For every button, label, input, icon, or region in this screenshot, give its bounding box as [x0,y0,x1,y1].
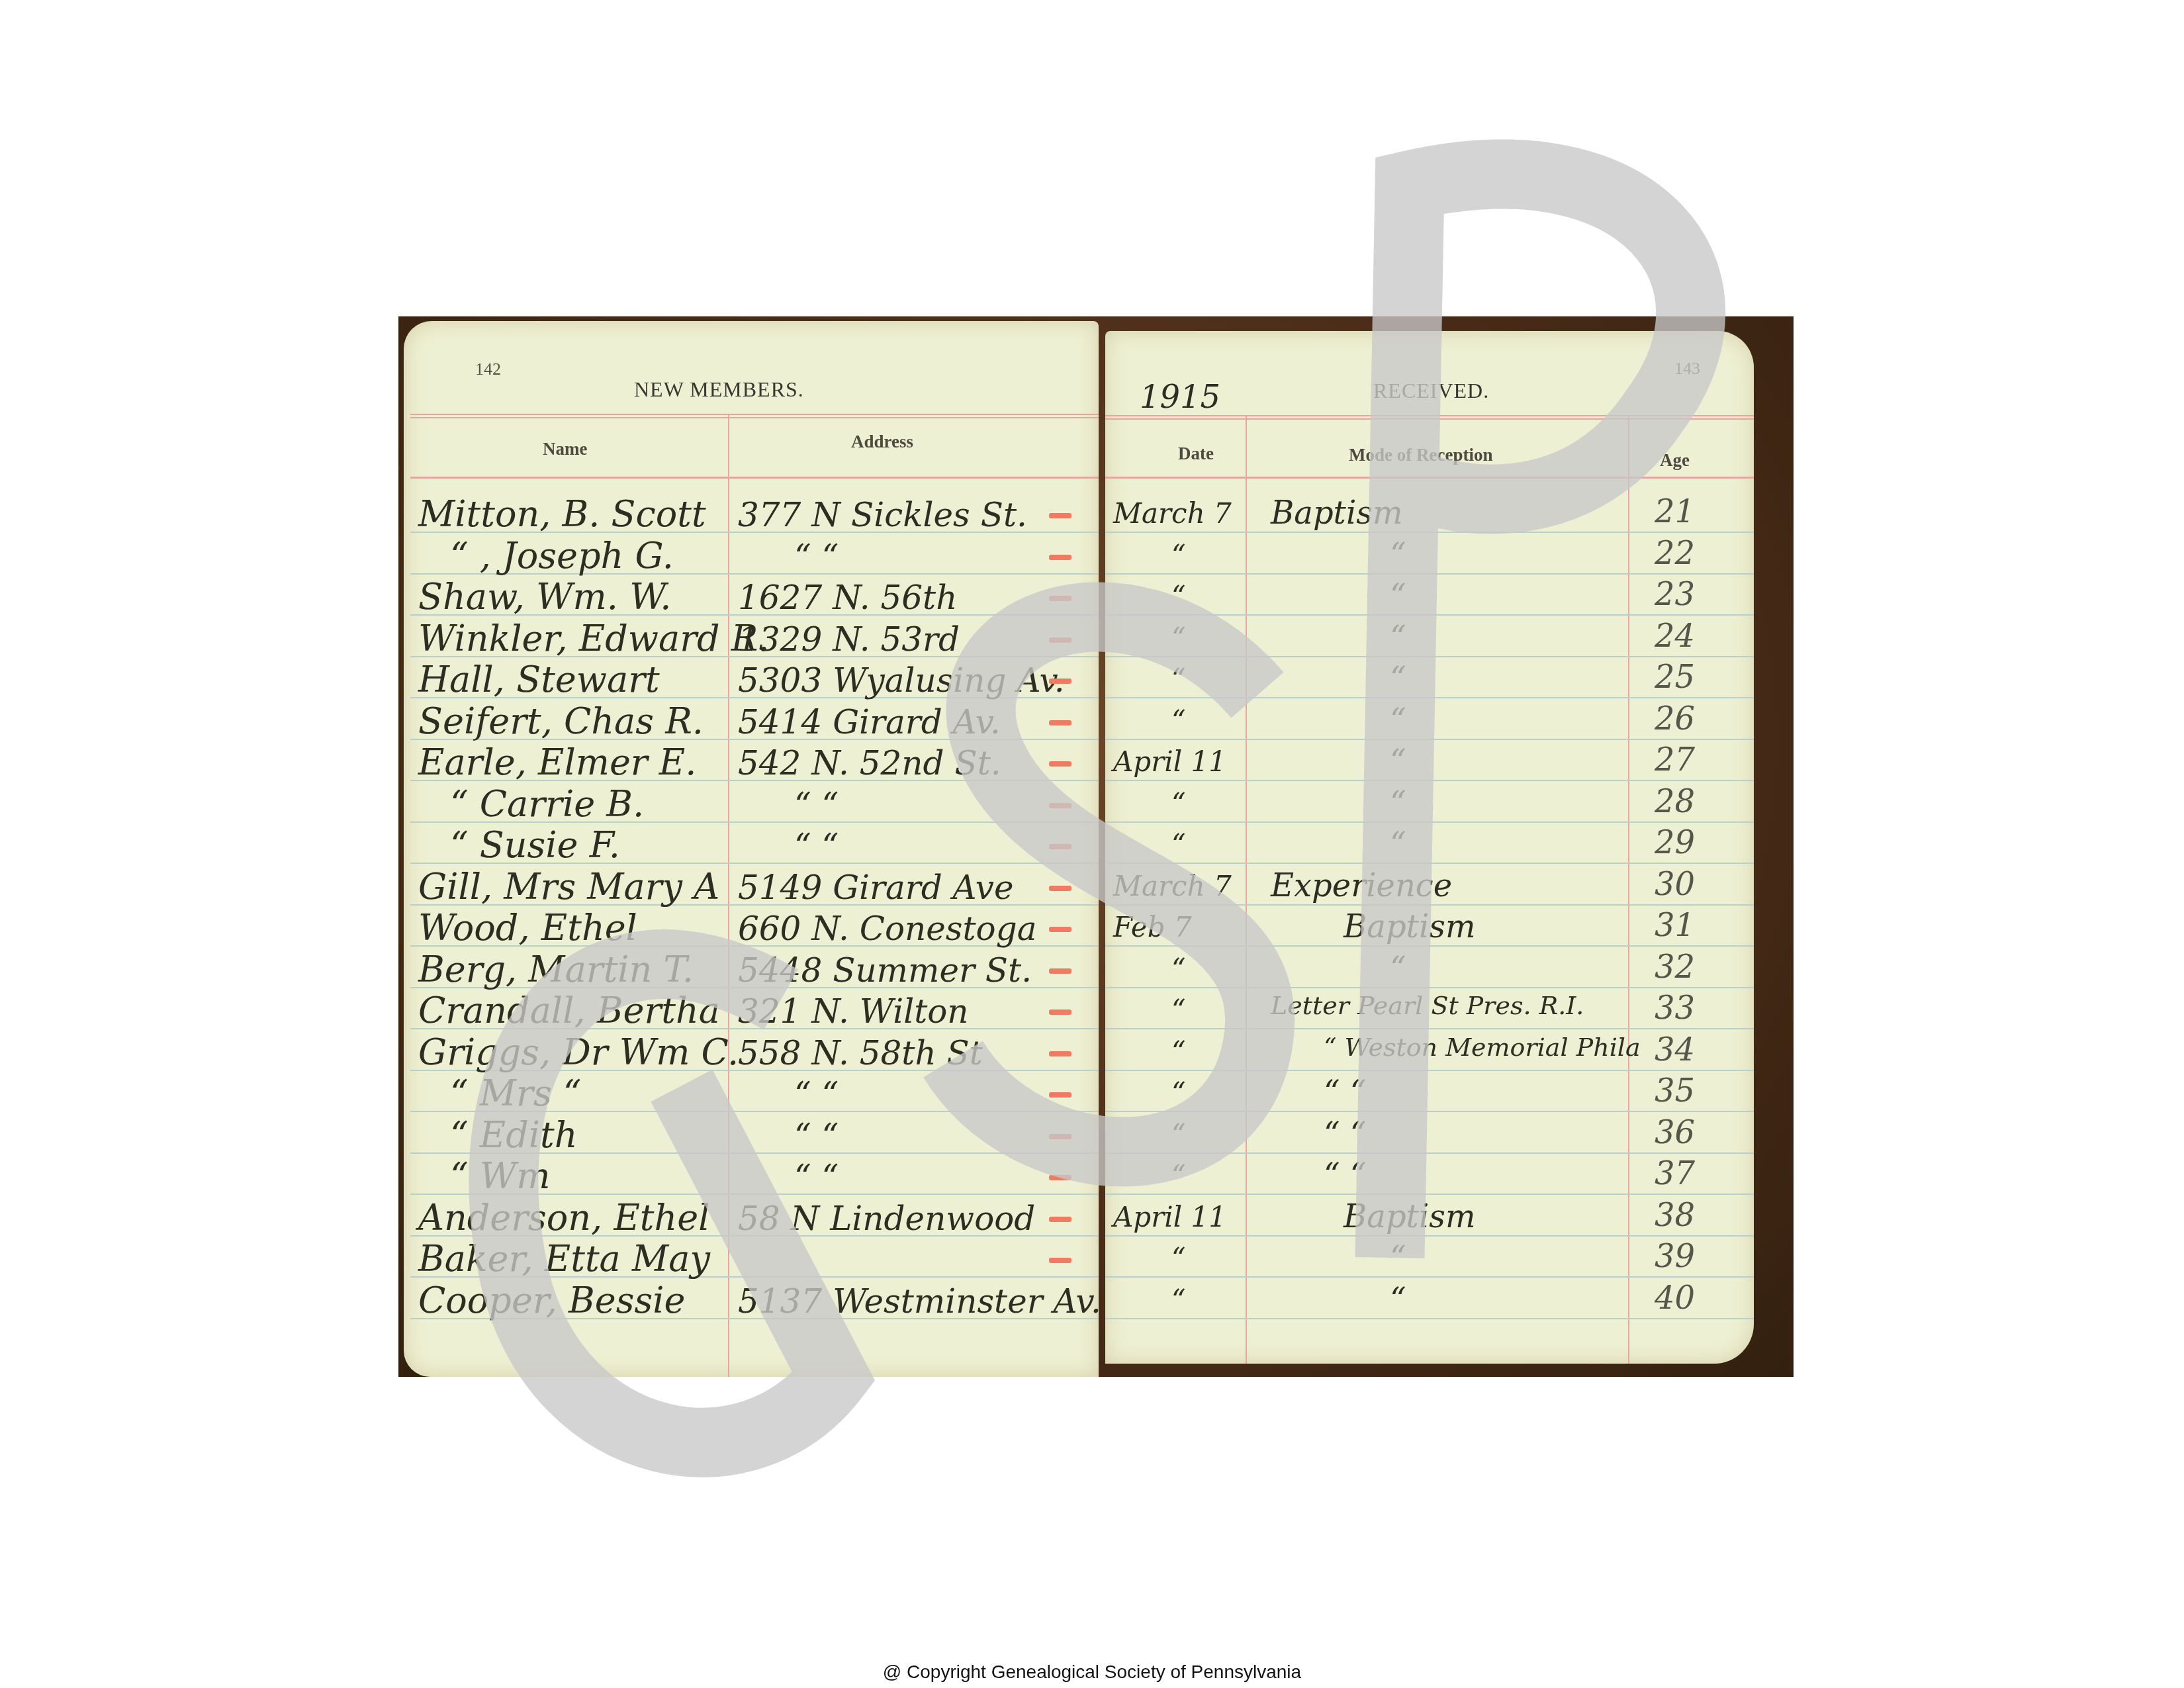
mode-of-reception: Letter Pearl St Pres. R.I. [1271,991,1584,1020]
mode-of-reception: “ [1390,1281,1406,1318]
page-title-received: RECEIVED. [1373,379,1489,403]
member-address: 5414 Girard Av. [738,703,1001,741]
member-name: “ Wm [450,1155,550,1197]
reception-date: “ [1171,704,1185,737]
member-name: Crandall, Bertha [418,990,720,1031]
red-check-mark [1049,1009,1071,1015]
reception-date: April 11 [1113,1201,1226,1233]
header-top-rule [1105,415,1754,420]
page-title-new-members: NEW MEMBERS. [634,377,804,402]
member-name: “ Susie F. [450,824,620,866]
mode-of-reception: “ [1390,1239,1406,1276]
red-check-mark [1049,720,1071,726]
ruled-line [1105,904,1754,906]
reception-date: March 7 [1113,870,1232,902]
header-bottom-rule [410,477,1099,479]
member-age: 39 [1655,1238,1695,1275]
mode-of-reception: “ “ [1324,1156,1366,1194]
ruled-line [1105,1152,1754,1154]
reception-date: “ [1171,828,1185,861]
ruled-line [1105,573,1754,575]
column-header-address: Address [851,432,913,452]
member-age: 40 [1655,1280,1695,1317]
mode-of-reception: “ [1390,950,1406,987]
member-age: 24 [1655,618,1695,655]
ruled-line [1105,1194,1754,1195]
mode-of-reception: “ [1390,660,1406,697]
member-age: 38 [1655,1197,1695,1234]
column-header-name: Name [543,439,587,459]
member-age: 29 [1655,824,1695,861]
ruled-line [1105,821,1754,823]
reception-date: “ [1171,580,1185,612]
member-age: 34 [1655,1031,1695,1068]
mode-of-reception: “ [1390,743,1406,780]
member-address: “ “ [794,538,839,576]
ruled-line [1105,863,1754,864]
mode-of-reception: Baptism [1343,908,1475,945]
right-page-received: 143 1915 RECEIVED. Date Mode of Receptio… [1105,331,1754,1364]
mode-of-reception: “ [1390,619,1406,656]
mode-of-reception: “ [1390,702,1406,739]
member-age: 28 [1655,783,1695,820]
reception-date: “ [1171,1118,1185,1150]
ruled-line [1105,656,1754,657]
member-age: 36 [1655,1114,1695,1151]
mode-of-reception: “ [1390,536,1406,573]
ruled-line [1105,1318,1754,1319]
member-address: 1329 N. 53rd [738,620,960,659]
member-name: Berg, Martin T. [418,949,694,990]
mode-of-reception: “ [1390,825,1406,863]
member-name: “ , Joseph G. [450,535,674,577]
red-check-mark [1049,844,1071,849]
ruled-line [1105,532,1754,533]
copyright-footer: @ Copyright Genealogical Society of Penn… [0,1662,2184,1683]
member-address: 321 N. Wilton [738,992,969,1031]
mode-of-reception: Experience [1271,867,1452,904]
member-address: “ “ [794,786,839,824]
reception-date: “ [1171,1076,1185,1109]
mode-of-reception: “ [1390,784,1406,821]
member-name: Shaw, Wm. W. [418,576,671,618]
member-address: 58 N Lindenwood [738,1199,1035,1238]
page-number-right: 143 [1674,359,1700,379]
member-address: 5149 Girard Ave [738,868,1014,907]
member-name: Griggs, Dr Wm C. [418,1031,739,1073]
reception-date: “ [1171,994,1185,1026]
page-number-left: 142 [475,359,501,379]
member-address: 377 N Sickles St. [738,496,1027,534]
reception-date: “ [1171,539,1185,571]
red-check-mark [1049,596,1071,601]
reception-date: “ [1171,663,1185,695]
ruled-line [1105,1070,1754,1071]
ruled-line [1105,697,1754,698]
member-address: 660 N. Conestoga [738,910,1037,948]
member-age: 33 [1655,990,1695,1027]
member-age: 21 [1655,493,1695,530]
reception-date: “ [1171,1159,1185,1192]
member-address: 542 N. 52nd St. [738,744,1001,782]
member-name: “ Mrs “ [450,1072,581,1114]
member-name: Hall, Stewart [418,659,660,700]
mode-of-reception: “ “ [1324,1074,1366,1111]
ruled-line [1105,945,1754,947]
member-name: Baker, Etta May [418,1238,710,1280]
reception-date: “ [1171,622,1185,654]
member-age: 25 [1655,659,1695,696]
red-check-mark [1049,1175,1071,1180]
member-name: Cooper, Bessie [418,1280,685,1321]
red-check-mark [1049,803,1071,808]
year-annotation: 1915 [1140,379,1220,416]
member-address: 5303 Wyalusing Av. [738,661,1065,700]
ruled-line [1105,1276,1754,1278]
member-age: 31 [1655,907,1695,944]
column-header-age: Age [1660,450,1690,471]
mode-of-reception: “ “ [1324,1115,1366,1152]
member-age: 35 [1655,1072,1695,1109]
red-check-mark [1049,555,1071,560]
member-name: Wood, Ethel [418,907,637,949]
member-name: Gill, Mrs Mary A [418,866,719,908]
column-divider [728,414,729,1377]
red-check-mark [1049,968,1071,974]
red-check-mark [1049,761,1071,767]
member-address: 1627 N. 56th [738,579,957,617]
member-address: 5448 Summer St. [738,951,1032,990]
red-check-mark [1049,1217,1071,1222]
ruled-line [1105,780,1754,781]
reception-date: “ [1171,1284,1185,1316]
red-check-mark [1049,679,1071,684]
reception-date: “ [1171,1242,1185,1274]
reception-date: “ [1171,787,1185,820]
member-age: 23 [1655,576,1695,613]
member-address: “ “ [794,827,839,865]
reception-date: March 7 [1113,497,1232,530]
member-address: “ “ [794,1117,839,1155]
member-name: Winkler, Edward R. [418,618,770,659]
date-column-divider [1246,415,1247,1364]
member-age: 27 [1655,741,1695,778]
red-check-mark [1049,886,1071,891]
mode-of-reception: “ [1390,577,1406,614]
red-check-mark [1049,637,1071,643]
reception-date: April 11 [1113,745,1226,778]
red-check-mark [1049,927,1071,932]
mode-of-reception: “ Weston Memorial Phila [1324,1033,1641,1062]
red-check-mark [1049,1258,1071,1263]
reception-date: Feb 7 [1113,911,1192,943]
mode-of-reception: Baptism [1343,1198,1475,1235]
member-address: “ “ [794,1075,839,1113]
member-name: “ Carrie B. [450,783,644,825]
reception-date: “ [1171,953,1185,985]
member-age: 37 [1655,1155,1695,1192]
column-header-mode: Mode of Reception [1349,445,1492,465]
ruled-line [1105,1111,1754,1112]
member-address: “ “ [794,1158,839,1196]
member-name: Seifert, Chas R. [418,700,704,742]
ruled-line [1105,739,1754,740]
member-name: “ Edith [450,1114,578,1156]
red-check-mark [1049,513,1071,518]
left-page-new-members: 142 NEW MEMBERS. Name Address Mitton, B.… [404,321,1099,1377]
ruled-line [1105,1235,1754,1237]
header-bottom-rule [1105,477,1754,479]
member-age: 32 [1655,949,1695,986]
age-column-divider [1628,415,1629,1364]
member-age: 30 [1655,866,1695,903]
member-name: Mitton, B. Scott [418,493,706,535]
ruled-line [1105,614,1754,616]
ruled-line [1105,987,1754,988]
column-header-date: Date [1178,444,1214,464]
red-check-mark [1049,1134,1071,1139]
member-age: 26 [1655,700,1695,737]
red-check-mark [1049,1092,1071,1098]
header-top-rule [410,414,1099,418]
member-name: Anderson, Ethel [418,1197,710,1239]
member-address: 5137 Westminster Av. [738,1282,1099,1321]
reception-date: “ [1171,1035,1185,1068]
member-address: 558 N. 58th St [738,1034,983,1072]
ruled-line [1105,1028,1754,1029]
member-age: 22 [1655,535,1695,572]
mode-of-reception: Baptism [1271,494,1402,532]
member-name: Earle, Elmer E. [418,741,696,783]
red-check-mark [1049,1051,1071,1056]
